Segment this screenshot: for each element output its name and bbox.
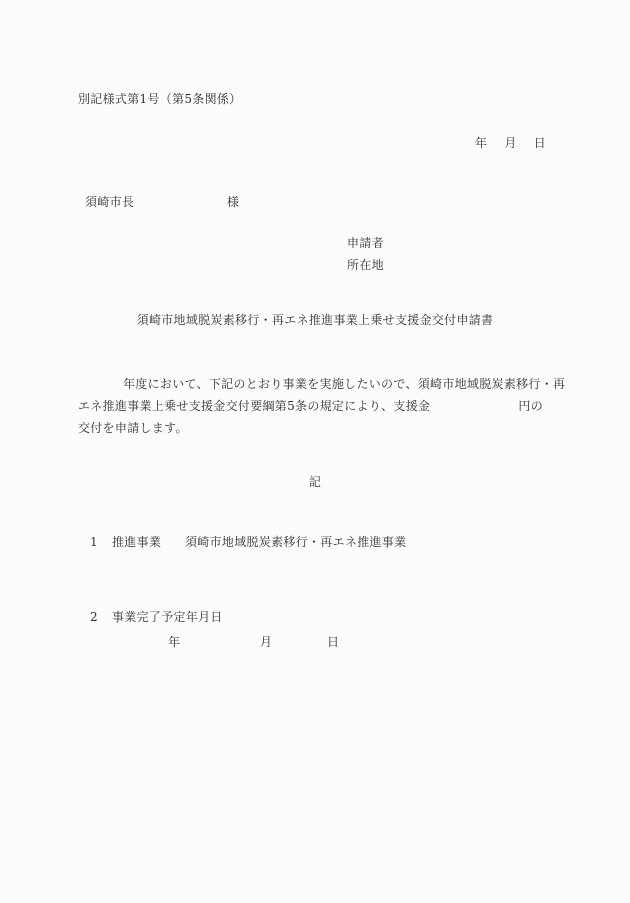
item1-label: 推進事業	[112, 535, 161, 550]
body-line2-text: エネ推進事業上乗せ支援金交付要綱第5条の規定により、支援金	[78, 399, 430, 414]
amount-unit-label: 円の	[518, 399, 543, 414]
form-number-label: 別記様式第1号（第5条関係）	[78, 92, 241, 107]
completion-date-day-label: 日	[327, 635, 339, 650]
completion-date-month-label: 月	[260, 635, 272, 650]
body-paragraph-line1: 年度において、下記のとおり事業を実施したいので、須崎市地域脱炭素移行・再	[123, 377, 565, 392]
body-paragraph-line2: エネ推進事業上乗せ支援金交付要綱第5条の規定により、支援金 円の	[78, 399, 543, 414]
body-paragraph-line3: 交付を申請します。	[78, 421, 188, 436]
applicant-address-label: 所在地	[347, 258, 384, 273]
addressee-name: 須崎市長	[85, 195, 134, 210]
item1-value: 須崎市地域脱炭素移行・再エネ推進事業	[185, 535, 406, 550]
date-year-label: 年	[475, 136, 487, 151]
applicant-label: 申請者	[347, 236, 384, 251]
date-month-label: 月	[504, 136, 516, 151]
addressee-honorific: 様	[227, 195, 239, 210]
document-page: 別記様式第1号（第5条関係） 年 月 日 須崎市長 様 申請者 所在地 須崎市地…	[0, 0, 630, 903]
item2-number: 2	[90, 610, 98, 625]
date-line: 年 月 日	[475, 136, 546, 151]
completion-date-year-label: 年	[168, 635, 180, 650]
section-marker: 記	[0, 475, 630, 490]
item2-label: 事業完了予定年月日	[112, 610, 223, 625]
item1-number: 1	[90, 535, 98, 550]
date-day-label: 日	[534, 136, 546, 151]
document-title: 須崎市地域脱炭素移行・再エネ推進事業上乗せ支援金交付申請書	[0, 313, 630, 328]
